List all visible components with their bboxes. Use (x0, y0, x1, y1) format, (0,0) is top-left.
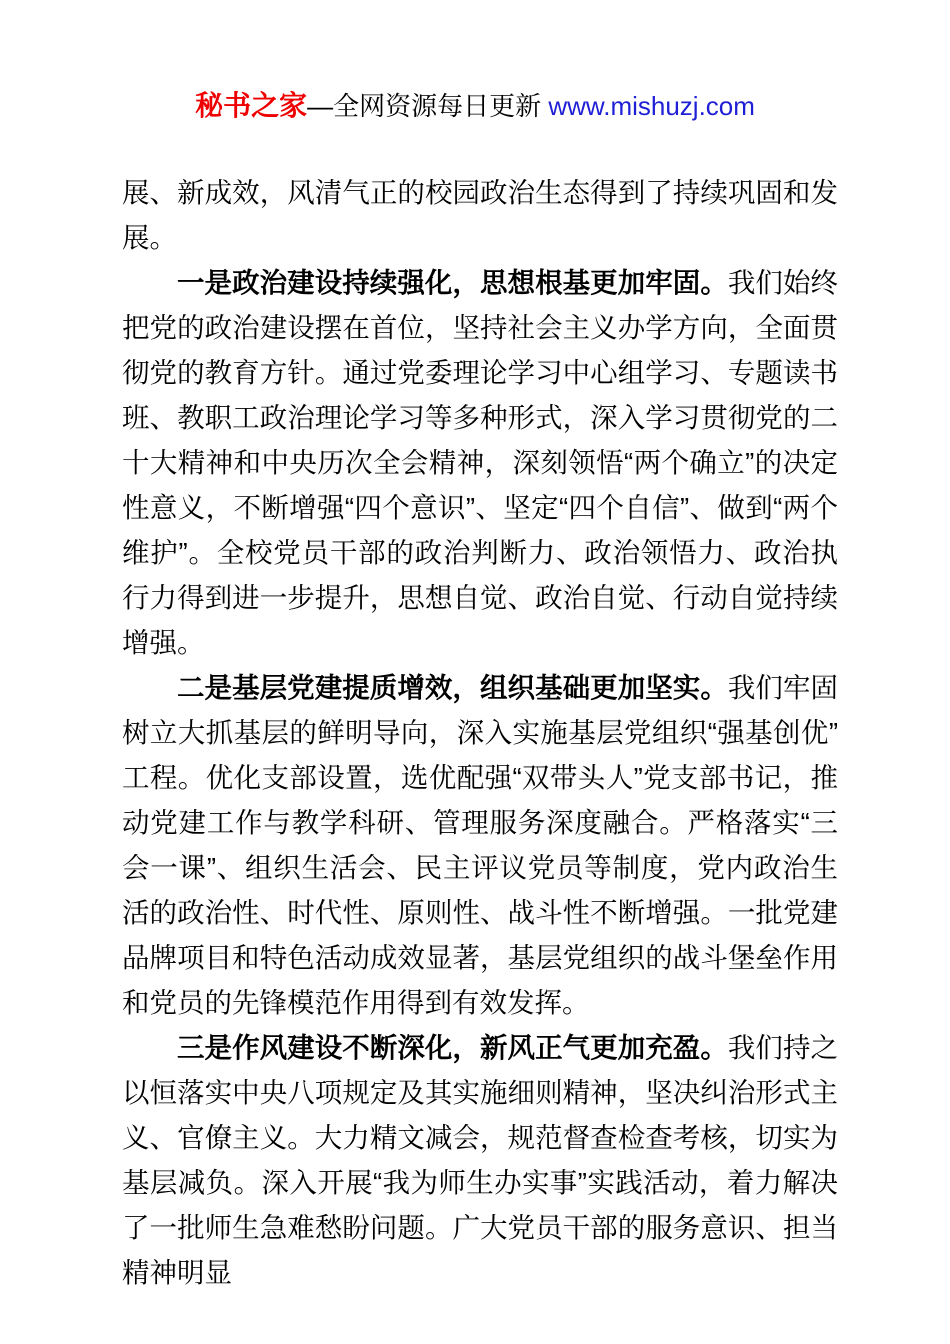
document-body: 展、新成效，风清气正的校园政治生态得到了持续巩固和发展。一是政治建设持续强化，思… (122, 170, 838, 1295)
header-tagline: —全网资源每日更新 (307, 91, 548, 121)
paragraph-text: 展、新成效，风清气正的校园政治生态得到了持续巩固和发展。 (122, 177, 838, 253)
paragraph-text: 我们牢固树立大抓基层的鲜明导向，深入实施基层党组织“强基创优”工程。优化支部设置… (122, 672, 838, 1018)
paragraph-text: 我们持之以恒落实中央八项规定及其实施细则精神，坚决纠治形式主义、官僚主义。大力精… (122, 1032, 838, 1288)
paragraph-bold-lead: 三是作风建设不断深化，新风正气更加充盈。 (177, 1032, 728, 1063)
paragraph: 一是政治建设持续强化，思想根基更加牢固。我们始终把党的政治建设摆在首位，坚持社会… (122, 260, 838, 665)
paragraph-text: 我们始终把党的政治建设摆在首位，坚持社会主义办学方向，全面贯彻党的教育方针。通过… (122, 267, 838, 658)
paragraph-bold-lead: 一是政治建设持续强化，思想根基更加牢固。 (177, 267, 728, 298)
document-page: 秘书之家—全网资源每日更新 www.mishuzj.com 展、新成效，风清气正… (0, 0, 950, 1344)
paragraph: 二是基层党建提质增效，组织基础更加坚实。我们牢固树立大抓基层的鲜明导向，深入实施… (122, 665, 838, 1025)
paragraph: 三是作风建设不断深化，新风正气更加充盈。我们持之以恒落实中央八项规定及其实施细则… (122, 1025, 838, 1295)
site-header: 秘书之家—全网资源每日更新 www.mishuzj.com (0, 0, 950, 124)
paragraph: 展、新成效，风清气正的校园政治生态得到了持续巩固和发展。 (122, 170, 838, 260)
paragraph-bold-lead: 二是基层党建提质增效，组织基础更加坚实。 (177, 672, 728, 703)
site-url-link[interactable]: www.mishuzj.com (548, 91, 755, 121)
brand-text: 秘书之家 (195, 90, 307, 121)
